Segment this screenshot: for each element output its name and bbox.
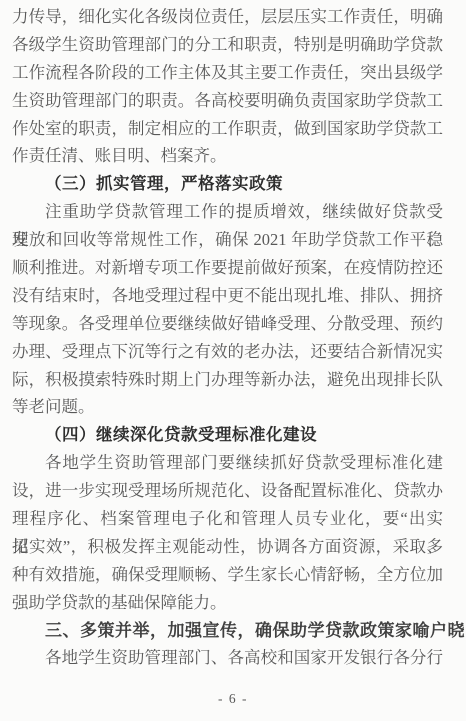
document-page: 力传导，细化实化各级岗位责任，层层压实工作责任，明确各级学生资助管理部门的分工和… [0,0,466,721]
text-line: 际，积极摸索特殊时期上门办理等新办法，避免出现排长队 [12,366,443,394]
text-line: 各地学生资助管理部门、各高校和国家开发银行各分行 [12,644,443,672]
text-line: 等现象。各受理单位要继续做好错峰受理、分散受理、预约 [12,310,443,338]
text-line: 顺利推进。对新增专项工作要提前做好预案，在疫情防控还 [12,254,443,282]
text-line: 办理、受理点下沉等行之有效的老办法，还要结合新情况实 [12,338,443,366]
text-line: 力传导，细化实化各级岗位责任，层层压实工作责任，明确 [12,3,443,31]
text-line: 没有结束时，各地受理过程中更不能出现扎堆、排队、拥挤 [12,282,443,310]
text-line: 种有效措施，确保受理顺畅、学生家长心情舒畅，全方位加 [12,561,443,589]
text-line: 设，进一步实现受理场所规范化、设备配置标准化、贷款办 [12,477,443,505]
heading-line: （三）抓实管理，严格落实政策 [12,170,443,198]
text-line: 注重助学贷款管理工作的提质增效，继续做好贷款受理、 [12,198,443,226]
document-body: 力传导，细化实化各级岗位责任，层层压实工作责任，明确各级学生资助管理部门的分工和… [12,3,443,672]
page-number: - 6 - [0,691,466,707]
text-line: 强助学贷款的基础保障能力。 [12,589,443,617]
text-line: 各地学生资助管理部门要继续抓好贷款受理标准化建 [12,449,443,477]
text-line: 工作流程各阶段的工作主体及其主要工作责任，突出县级学 [12,59,443,87]
text-line: 发放和回收等常规性工作，确保 2021 年助学贷款工作平稳 [12,226,443,254]
text-line: 见实效”，积极发挥主观能动性，协调各方面资源，采取多 [12,533,443,561]
heading-line: 三、多策并举，加强宣传，确保助学贷款政策家喻户晓 [12,617,443,645]
text-line: 作责任清、账目明、档案齐。 [12,142,443,170]
text-line: 作处室的职责，制定相应的工作职责，做到国家助学贷款工 [12,115,443,143]
text-line: 各级学生资助管理部门的分工和职责，特别是明确助学贷款 [12,31,443,59]
text-line: 理程序化、档案管理电子化和管理人员专业化，要“出实招、 [12,505,443,533]
text-line: 等老问题。 [12,393,443,421]
heading-line: （四）继续深化贷款受理标准化建设 [12,421,443,449]
text-line: 生资助管理部门的职责。各高校要明确负责国家助学贷款工 [12,87,443,115]
